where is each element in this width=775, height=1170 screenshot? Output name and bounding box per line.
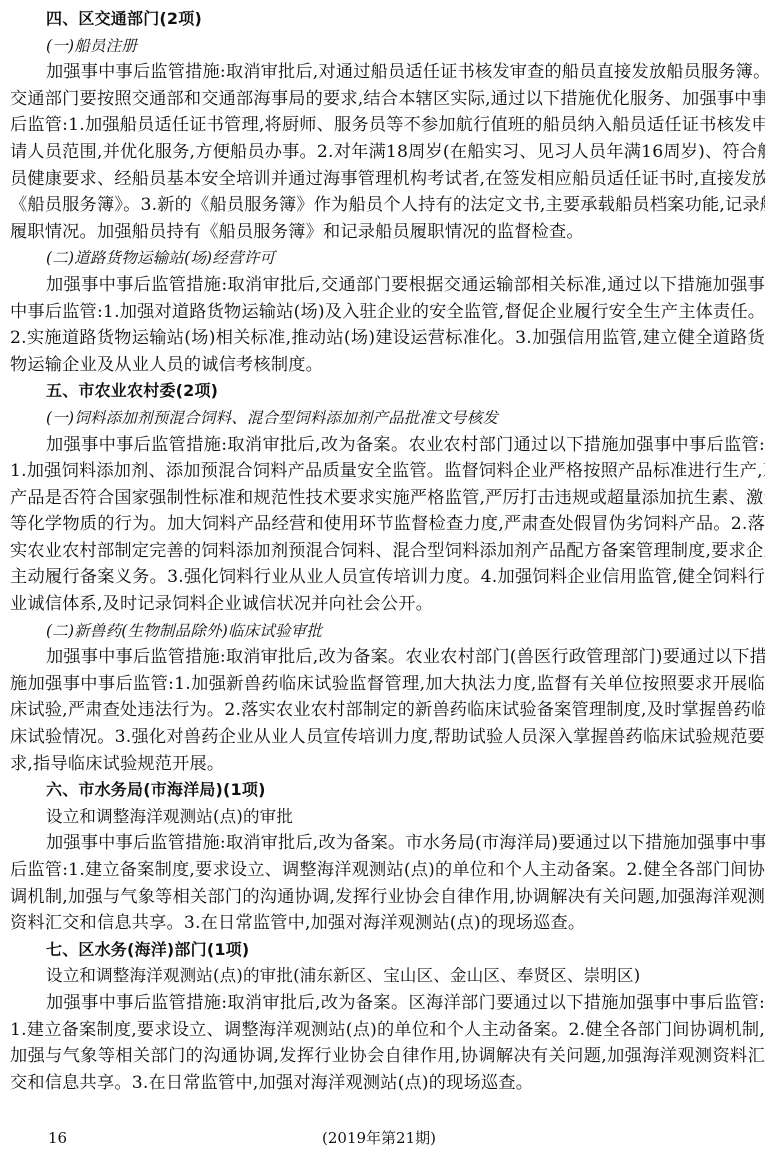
section-heading: 四、区交通部门(2项) bbox=[10, 6, 765, 33]
paragraph-line: 《船员服务簿》。3.新的《船员服务簿》作为船员个人持有的法定文书,主要承载船员档… bbox=[10, 192, 765, 219]
paragraph-line: 员健康要求、经船员基本安全培训并通过海事管理机构考试者,在签发相应船员适任证书时… bbox=[10, 166, 765, 193]
paragraph-line: 床试验情况。3.强化对兽药企业从业人员宣传培训力度,帮助试验人员深入掌握兽药临床… bbox=[10, 724, 765, 751]
paragraph-line: 请人员范围,并优化服务,方便船员办事。2.对年满18周岁(在船实习、见习人员年满… bbox=[10, 139, 765, 166]
paragraph-line: 加强事中事后监管措施:取消审批后,改为备案。市水务局(市海洋局)要通过以下措施加… bbox=[10, 830, 765, 857]
paragraph-line: 等化学物质的行为。加大饲料产品经营和使用环节监督检查力度,严肃查处假冒伪劣饲料产… bbox=[10, 511, 765, 538]
paragraph-line: 物运输企业及从业人员的诚信考核制度。 bbox=[10, 352, 765, 379]
paragraph-line: 主动履行备案义务。3.强化饲料行业从业人员宣传培训力度。4.加强饲料企业信用监管… bbox=[10, 564, 765, 591]
section-heading: 五、市农业农村委(2项) bbox=[10, 378, 765, 405]
section-heading: 六、市水务局(市海洋局)(1项) bbox=[10, 777, 765, 804]
section-heading: 七、区水务(海洋)部门(1项) bbox=[10, 937, 765, 964]
paragraph-line: 业诚信体系,及时记录饲料企业诚信状况并向社会公开。 bbox=[10, 591, 765, 618]
page-number: 16 bbox=[48, 1125, 67, 1151]
item-title: (二)新兽药(生物制品除外)临床试验审批 bbox=[10, 618, 765, 645]
item-title: (一)饲料添加剂预混合饲料、混合型饲料添加剂产品批准文号核发 bbox=[10, 405, 765, 432]
page-footer: 16 (2019年第21期) bbox=[0, 1125, 775, 1151]
paragraph-line: 加强事中事后监管措施:取消审批后,改为备案。农业农村部门通过以下措施加强事中事后… bbox=[10, 432, 765, 459]
issue-label: (2019年第21期) bbox=[322, 1125, 436, 1151]
paragraph-line: 求,指导临床试验规范开展。 bbox=[10, 751, 765, 778]
paragraph-line: 1.建立备案制度,要求设立、调整海洋观测站(点)的单位和个人主动备案。2.健全各… bbox=[10, 1017, 765, 1044]
paragraph-line: 施加强事中事后监管:1.加强新兽药临床试验监督管理,加大执法力度,监督有关单位按… bbox=[10, 671, 765, 698]
paragraph-line: 床试验,严肃查处违法行为。2.落实农业农村部制定的新兽药临床试验备案管理制度,及… bbox=[10, 697, 765, 724]
paragraph-line: 2.实施道路货物运输站(场)相关标准,推动站(场)建设运营标准化。3.加强信用监… bbox=[10, 325, 765, 352]
item-title: (二)道路货物运输站(场)经营许可 bbox=[10, 245, 765, 272]
paragraph-line: 加强事中事后监管措施:取消审批后,交通部门要根据交通运输部相关标准,通过以下措施… bbox=[10, 272, 765, 299]
item-title: 设立和调整海洋观测站(点)的审批(浦东新区、宝山区、金山区、奉贤区、崇明区) bbox=[10, 963, 765, 990]
paragraph-line: 资料汇交和信息共享。3.在日常监管中,加强对海洋观测站(点)的现场巡查。 bbox=[10, 910, 765, 937]
paragraph-line: 产品是否符合国家强制性标准和规范性技术要求实施严格监管,严厉打击违规或超量添加抗… bbox=[10, 485, 765, 512]
paragraph-line: 中事后监管:1.加强对道路货物运输站(场)及入驻企业的安全监管,督促企业履行安全… bbox=[10, 299, 765, 326]
paragraph-line: 履职情况。加强船员持有《船员服务簿》和记录船员履职情况的监督检查。 bbox=[10, 219, 765, 246]
paragraph-line: 加强事中事后监管措施:取消审批后,改为备案。农业农村部门(兽医行政管理部门)要通… bbox=[10, 644, 765, 671]
document-page: 四、区交通部门(2项) (一)船员注册 加强事中事后监管措施:取消审批后,对通过… bbox=[10, 6, 765, 1096]
paragraph-line: 后监管:1.建立备案制度,要求设立、调整海洋观测站(点)的单位和个人主动备案。2… bbox=[10, 857, 765, 884]
paragraph-line: 加强事中事后监管措施:取消审批后,对通过船员适任证书核发审查的船员直接发放船员服… bbox=[10, 59, 765, 86]
paragraph-line: 加强与气象等相关部门的沟通协调,发挥行业协会自律作用,协调解决有关问题,加强海洋… bbox=[10, 1043, 765, 1070]
paragraph-line: 调机制,加强与气象等相关部门的沟通协调,发挥行业协会自律作用,协调解决有关问题,… bbox=[10, 884, 765, 911]
item-title: (一)船员注册 bbox=[10, 33, 765, 60]
item-title: 设立和调整海洋观测站(点)的审批 bbox=[10, 804, 765, 831]
paragraph-line: 交通部门要按照交通部和交通部海事局的要求,结合本辖区实际,通过以下措施优化服务、… bbox=[10, 86, 765, 113]
paragraph-line: 加强事中事后监管措施:取消审批后,改为备案。区海洋部门要通过以下措施加强事中事后… bbox=[10, 990, 765, 1017]
paragraph-line: 交和信息共享。3.在日常监管中,加强对海洋观测站(点)的现场巡查。 bbox=[10, 1070, 765, 1097]
paragraph-line: 1.加强饲料添加剂、添加预混合饲料产品质量安全监管。监督饲料企业严格按照产品标准… bbox=[10, 458, 765, 485]
paragraph-line: 后监管:1.加强船员适任证书管理,将厨师、服务员等不参加航行值班的船员纳入船员适… bbox=[10, 112, 765, 139]
paragraph-line: 实农业农村部制定完善的饲料添加剂预混合饲料、混合型饲料添加剂产品配方备案管理制度… bbox=[10, 538, 765, 565]
